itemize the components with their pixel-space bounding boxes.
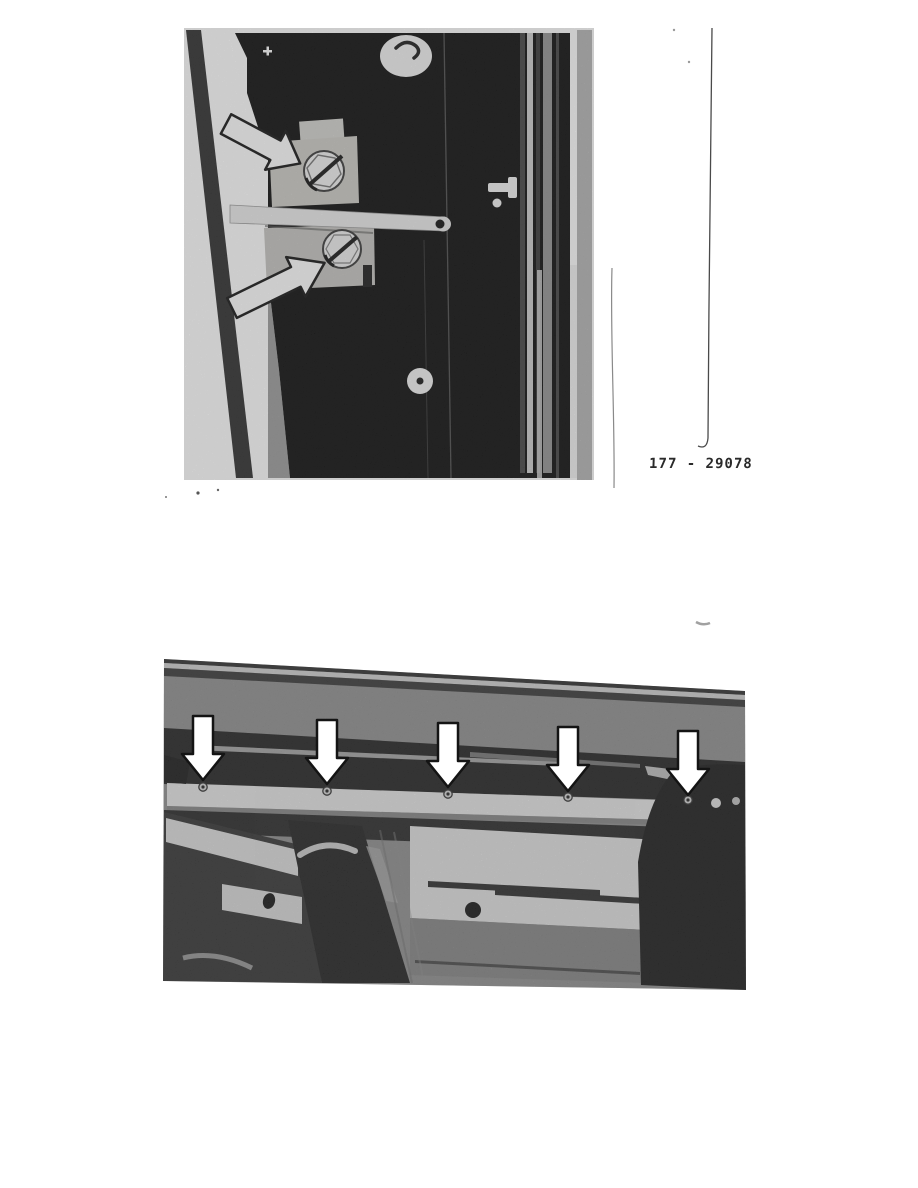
page-specks-below-photo: [165, 489, 219, 498]
manual-page: 177 - 29078: [0, 0, 918, 1188]
figure-door-check-strap: [165, 28, 594, 498]
scan-edge-line: [612, 268, 615, 488]
figure-trim-rail-screws: [163, 658, 747, 991]
figure-caption: 177 - 29078: [649, 456, 753, 472]
small-dash-mark: [696, 622, 710, 624]
photo-grain: [184, 28, 594, 480]
page-marks: [612, 28, 712, 624]
ruler-line: [698, 28, 712, 447]
page-artwork: [0, 0, 918, 1188]
